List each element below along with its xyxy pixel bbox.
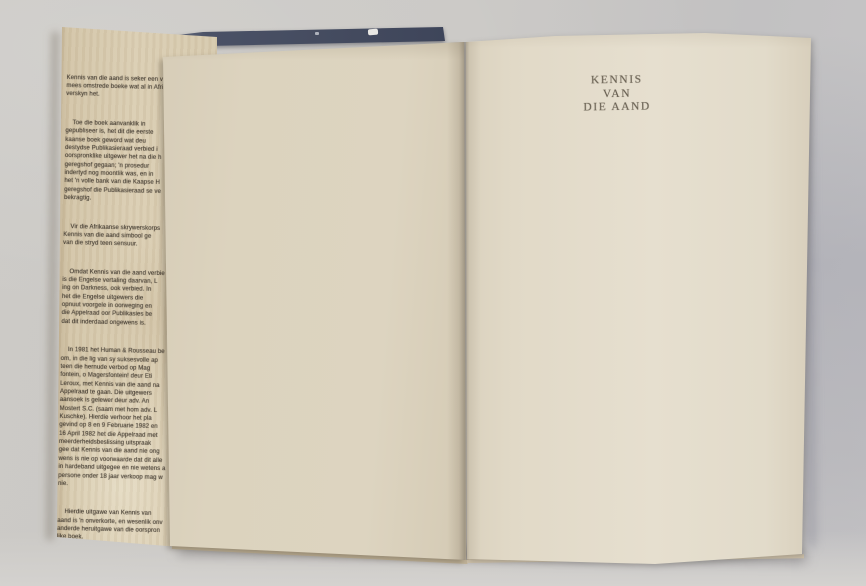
open-book-photo: Kennis van die aand is seker een v mees … [0,0,866,586]
flap-cast-shadow [46,32,58,540]
book-title-line2: DIE AAND [578,100,656,115]
book-gutter [447,42,481,560]
cover-edge-speck-small [315,32,319,35]
cover-edge-speck [368,29,378,36]
left-blank-page [160,38,468,564]
book-title: KENNIS VAN DIE AAND [578,73,657,115]
book-title-line1: KENNIS VAN [578,73,656,101]
